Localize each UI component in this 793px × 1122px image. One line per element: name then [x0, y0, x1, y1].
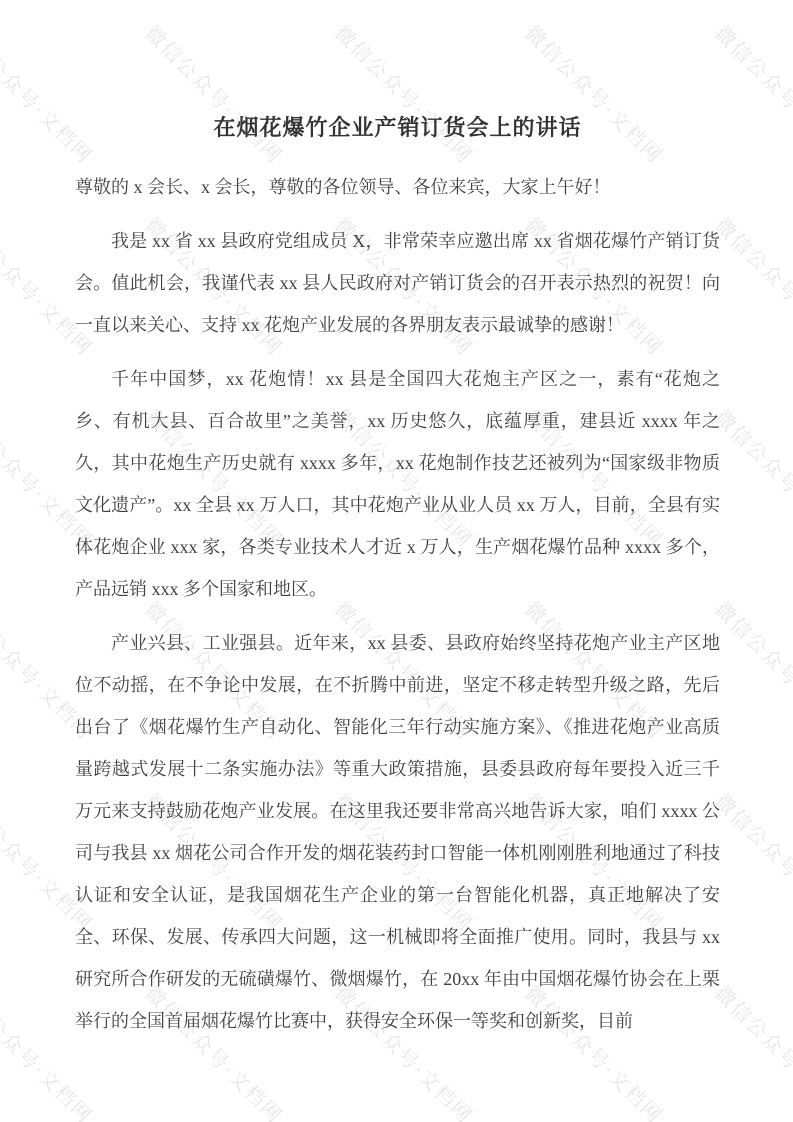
paragraph-self-introduction: 我是 xx 省 xx 县政府党组成员 X，非常荣幸应邀出席 xx 省烟花爆竹产销… [75, 220, 720, 346]
document-page: 微信公众号·文档网微信公众号·文档网微信公众号·文档网微信公众号·文档网微信公众… [0, 0, 793, 1122]
paragraph-greeting: 尊敬的 x 会长、x 会长，尊敬的各位领导、各位来宾，大家上午好！ [75, 166, 720, 208]
document-content: 在烟花爆竹企业产销订货会上的讲话 尊敬的 x 会长、x 会长，尊敬的各位领导、各… [0, 0, 793, 1042]
paragraph-county-overview: 千年中国梦，xx 花炮情！xx 县是全国四大花炮主产区之一，素有“花炮之乡、有机… [75, 358, 720, 610]
paragraph-industry-policy: 产业兴县、工业强县。近年来，xx 县委、县政府始终坚持花炮产业主产区地位不动摇，… [75, 622, 720, 1042]
document-title: 在烟花爆竹企业产销订货会上的讲话 [75, 112, 720, 144]
